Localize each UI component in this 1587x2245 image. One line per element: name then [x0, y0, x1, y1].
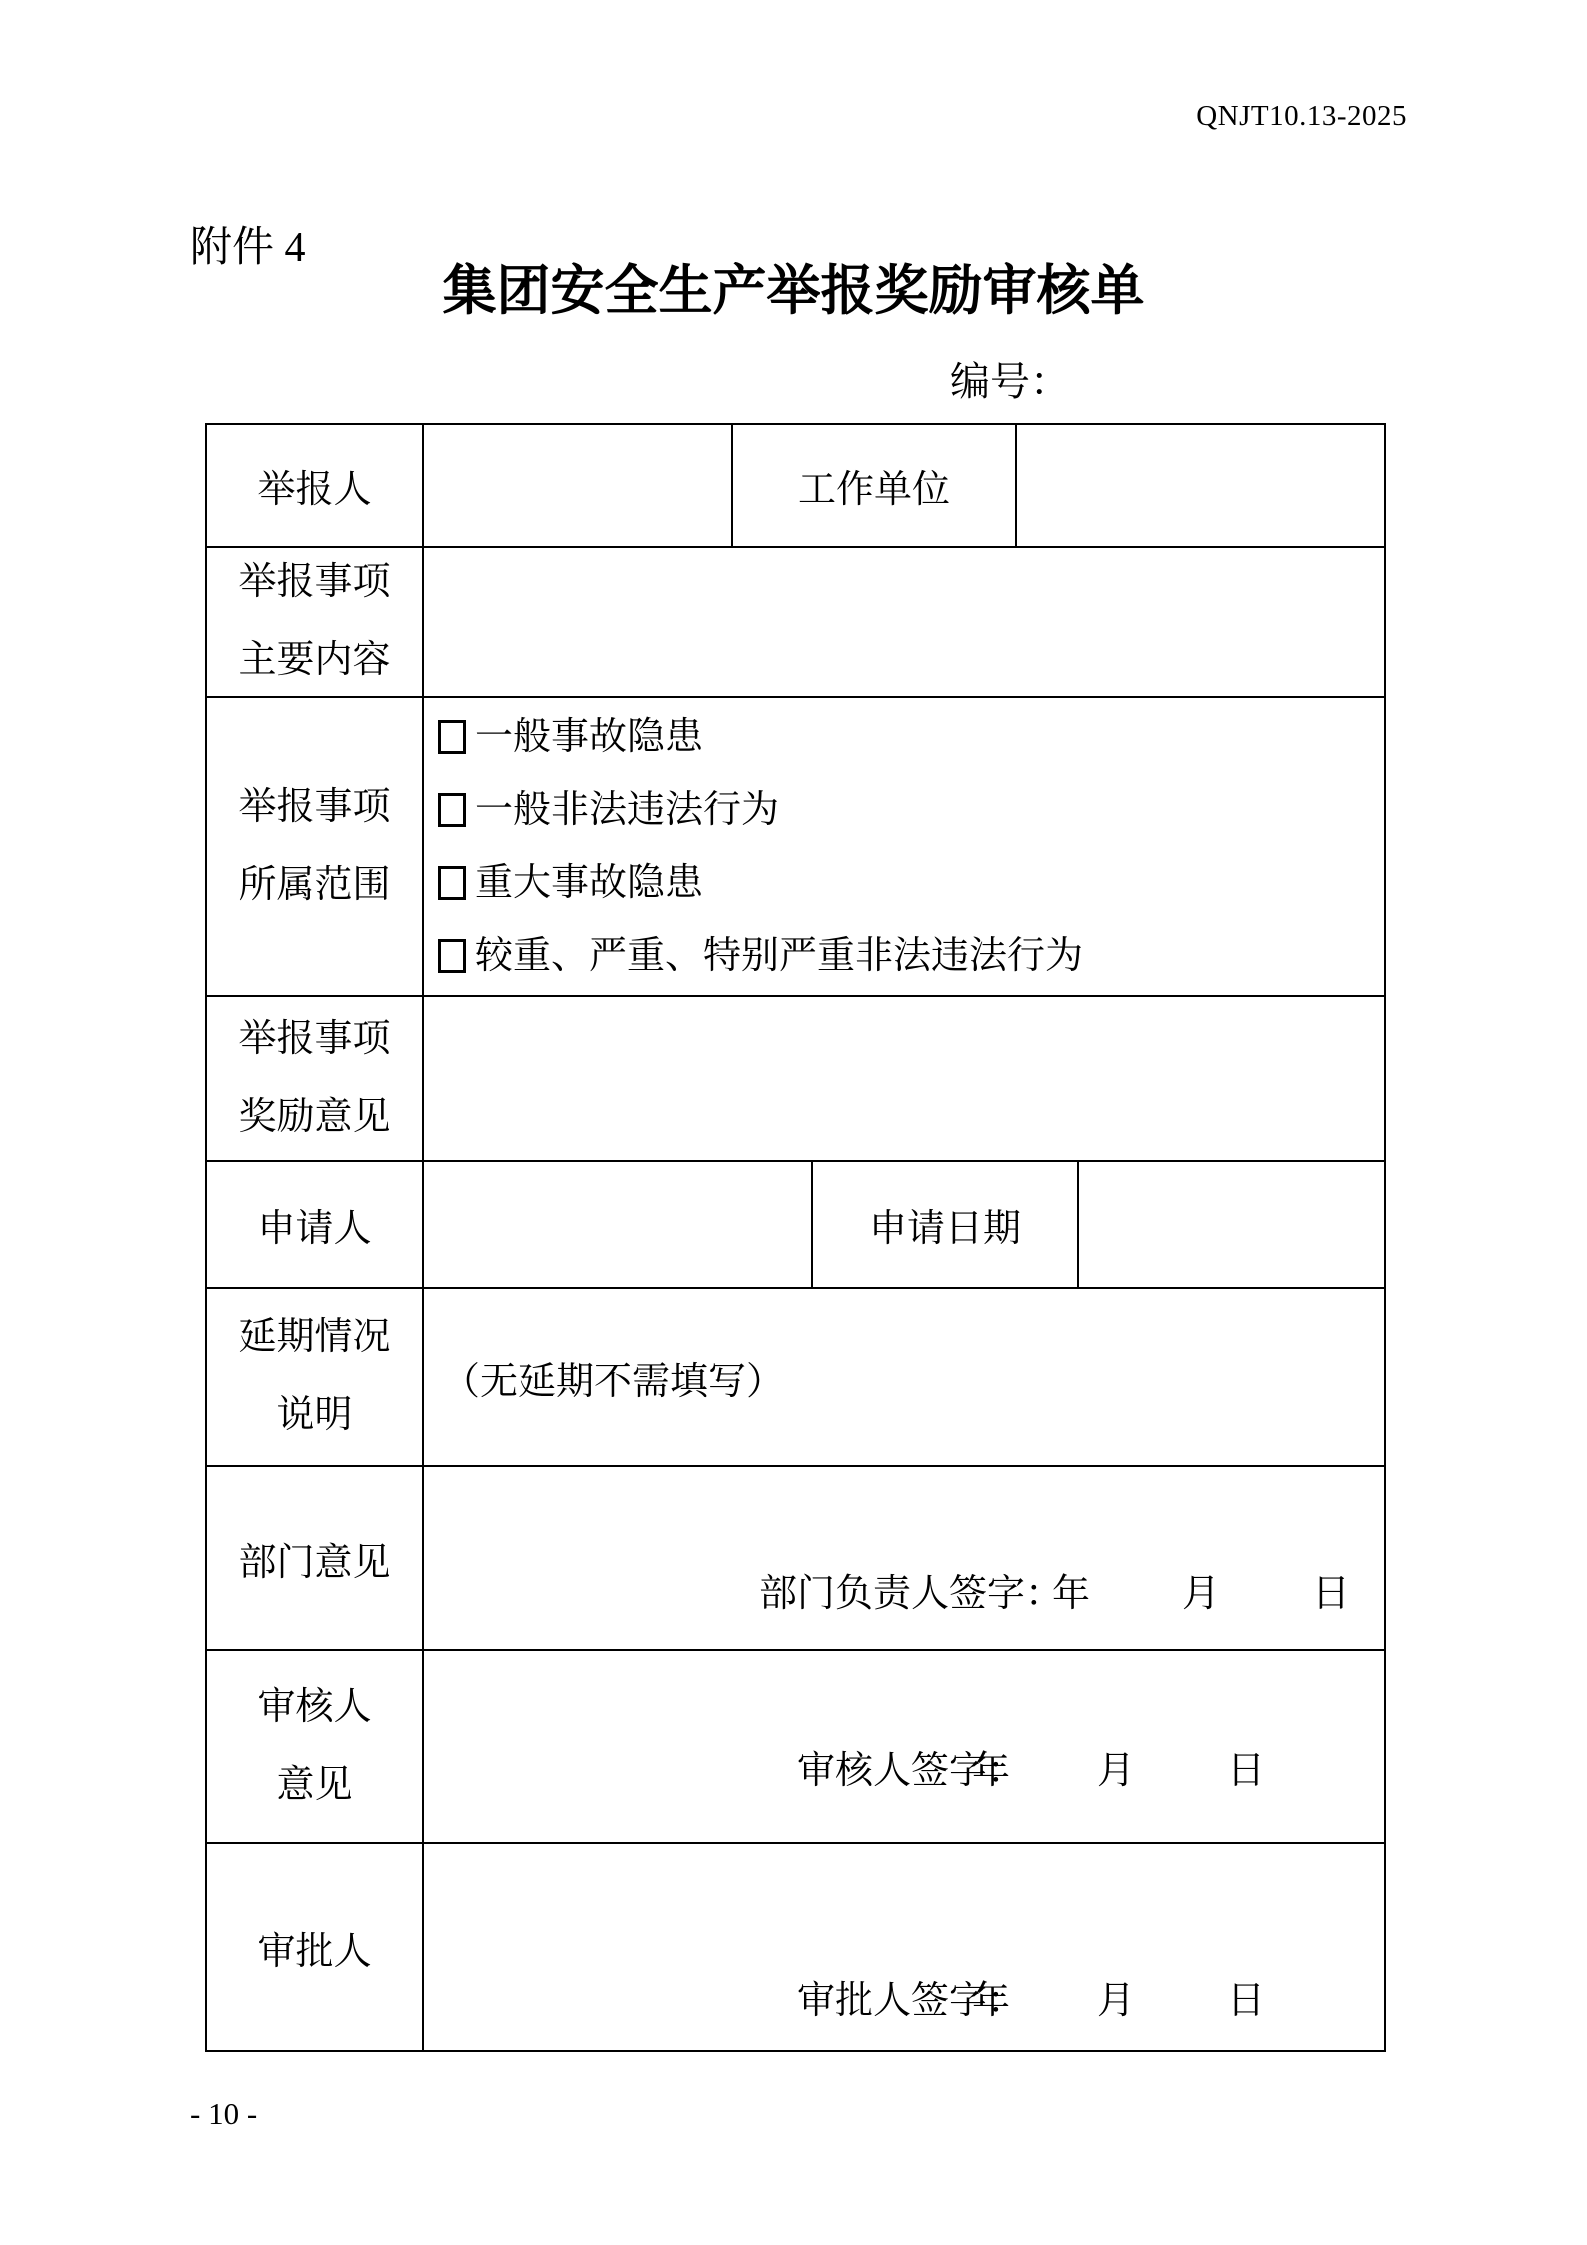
work-unit-value-cell[interactable]: [1017, 425, 1384, 548]
serial-number-label: 编号：: [950, 350, 1070, 407]
option-label: 一般事故隐患: [475, 701, 703, 774]
report-scope-label: 举报事项 所属范围: [207, 698, 424, 997]
row-applicant: 申请人 申请日期: [207, 1162, 1384, 1289]
dept-opinion-cell[interactable]: 部门负责人签字： 年 月 日: [424, 1467, 1384, 1651]
year-label: 年: [972, 1739, 1010, 1794]
reward-opinion-label-line1: 举报事项: [238, 1001, 390, 1079]
delay-note-cell[interactable]: （无延期不需填写）: [424, 1289, 1384, 1467]
dept-opinion-label: 部门意见: [207, 1467, 424, 1651]
page-number: - 10 -: [190, 2096, 257, 2132]
delay-label-line1: 延期情况: [238, 1299, 390, 1377]
report-content-label: 举报事项 主要内容: [207, 548, 424, 698]
checkbox-icon[interactable]: [438, 866, 466, 900]
reward-opinion-value-cell[interactable]: [424, 997, 1384, 1162]
applicant-value-cell[interactable]: [424, 1162, 813, 1289]
delay-label: 延期情况 说明: [207, 1289, 424, 1467]
reviewer-label-line2: 意见: [276, 1747, 352, 1825]
approver-label: 审批人: [207, 1844, 424, 2050]
applicant-label: 申请人: [207, 1162, 424, 1289]
report-content-label-line1: 举报事项: [238, 548, 390, 622]
day-label: 日: [1227, 1969, 1265, 2024]
row-reviewer-opinion: 审核人 意见 审核人签字： 年 月 日: [207, 1651, 1384, 1844]
option-label: 一般非法违法行为: [475, 774, 779, 847]
row-report-scope: 举报事项 所属范围 一般事故隐患 一般非法违法行为 重大事故隐患: [207, 698, 1384, 997]
report-content-value-cell[interactable]: [424, 548, 1384, 698]
reporter-label: 举报人: [207, 425, 424, 548]
dept-signature-line: 部门负责人签字： 年 月 日: [424, 1562, 1384, 1617]
approver-cell[interactable]: 审批人签字： 年 月 日: [424, 1844, 1384, 2050]
report-content-label-line2: 主要内容: [238, 622, 390, 698]
option-general-hazard[interactable]: 一般事故隐患: [438, 701, 703, 774]
reviewer-label-line1: 审核人: [257, 1669, 371, 1747]
page-title: 集团安全生产举报奖励审核单: [0, 248, 1587, 325]
reviewer-opinion-label: 审核人 意见: [207, 1651, 424, 1844]
checkbox-icon[interactable]: [438, 720, 466, 754]
checkbox-icon[interactable]: [438, 939, 466, 973]
row-reward-opinion: 举报事项 奖励意见: [207, 997, 1384, 1162]
report-scope-label-line2: 所属范围: [238, 847, 390, 925]
year-label: 年: [1052, 1562, 1090, 1617]
month-label: 月: [1097, 1969, 1135, 2024]
apply-date-value-cell[interactable]: [1079, 1162, 1384, 1289]
year-label: 年: [972, 1969, 1010, 2024]
month-label: 月: [1182, 1562, 1220, 1617]
month-label: 月: [1097, 1739, 1135, 1794]
reward-opinion-label-line2: 奖励意见: [238, 1079, 390, 1157]
day-label: 日: [1227, 1739, 1265, 1794]
row-report-content: 举报事项 主要内容: [207, 548, 1384, 698]
approver-signature-line: 审批人签字： 年 月 日: [424, 1969, 1384, 2024]
review-form-table: 举报人 工作单位 举报事项 主要内容 举报事项 所属范围 一般事故隐患: [205, 423, 1386, 2052]
report-scope-label-line1: 举报事项: [238, 769, 390, 847]
checkbox-icon[interactable]: [438, 793, 466, 827]
document-page: QNJT10.13-2025 附件 4 集团安全生产举报奖励审核单 编号： 举报…: [0, 0, 1587, 2245]
row-reporter: 举报人 工作单位: [207, 425, 1384, 548]
option-label: 较重、严重、特别严重非法违法行为: [475, 920, 1083, 993]
row-delay: 延期情况 说明 （无延期不需填写）: [207, 1289, 1384, 1467]
delay-label-line2: 说明: [276, 1377, 352, 1455]
day-label: 日: [1312, 1562, 1350, 1617]
dept-sign-label: 部门负责人签字：: [759, 1573, 1063, 1615]
report-scope-options: 一般事故隐患 一般非法违法行为 重大事故隐患 较重、严重、特别严重非法违法行为: [424, 698, 1384, 997]
apply-date-label: 申请日期: [813, 1162, 1079, 1289]
reward-opinion-label: 举报事项 奖励意见: [207, 997, 424, 1162]
row-dept-opinion: 部门意见 部门负责人签字： 年 月 日: [207, 1467, 1384, 1651]
work-unit-label: 工作单位: [733, 425, 1017, 548]
option-general-illegal-act[interactable]: 一般非法违法行为: [438, 774, 779, 847]
option-major-hazard[interactable]: 重大事故隐患: [438, 847, 703, 920]
doc-number: QNJT10.13-2025: [1196, 100, 1407, 133]
option-serious-illegal-act[interactable]: 较重、严重、特别严重非法违法行为: [438, 920, 1083, 993]
delay-note: （无延期不需填写）: [442, 1350, 784, 1405]
reviewer-opinion-cell[interactable]: 审核人签字： 年 月 日: [424, 1651, 1384, 1844]
reviewer-signature-line: 审核人签字： 年 月 日: [424, 1739, 1384, 1794]
row-approver: 审批人 审批人签字： 年 月 日: [207, 1844, 1384, 2050]
option-label: 重大事故隐患: [475, 847, 703, 920]
reporter-value-cell[interactable]: [424, 425, 733, 548]
